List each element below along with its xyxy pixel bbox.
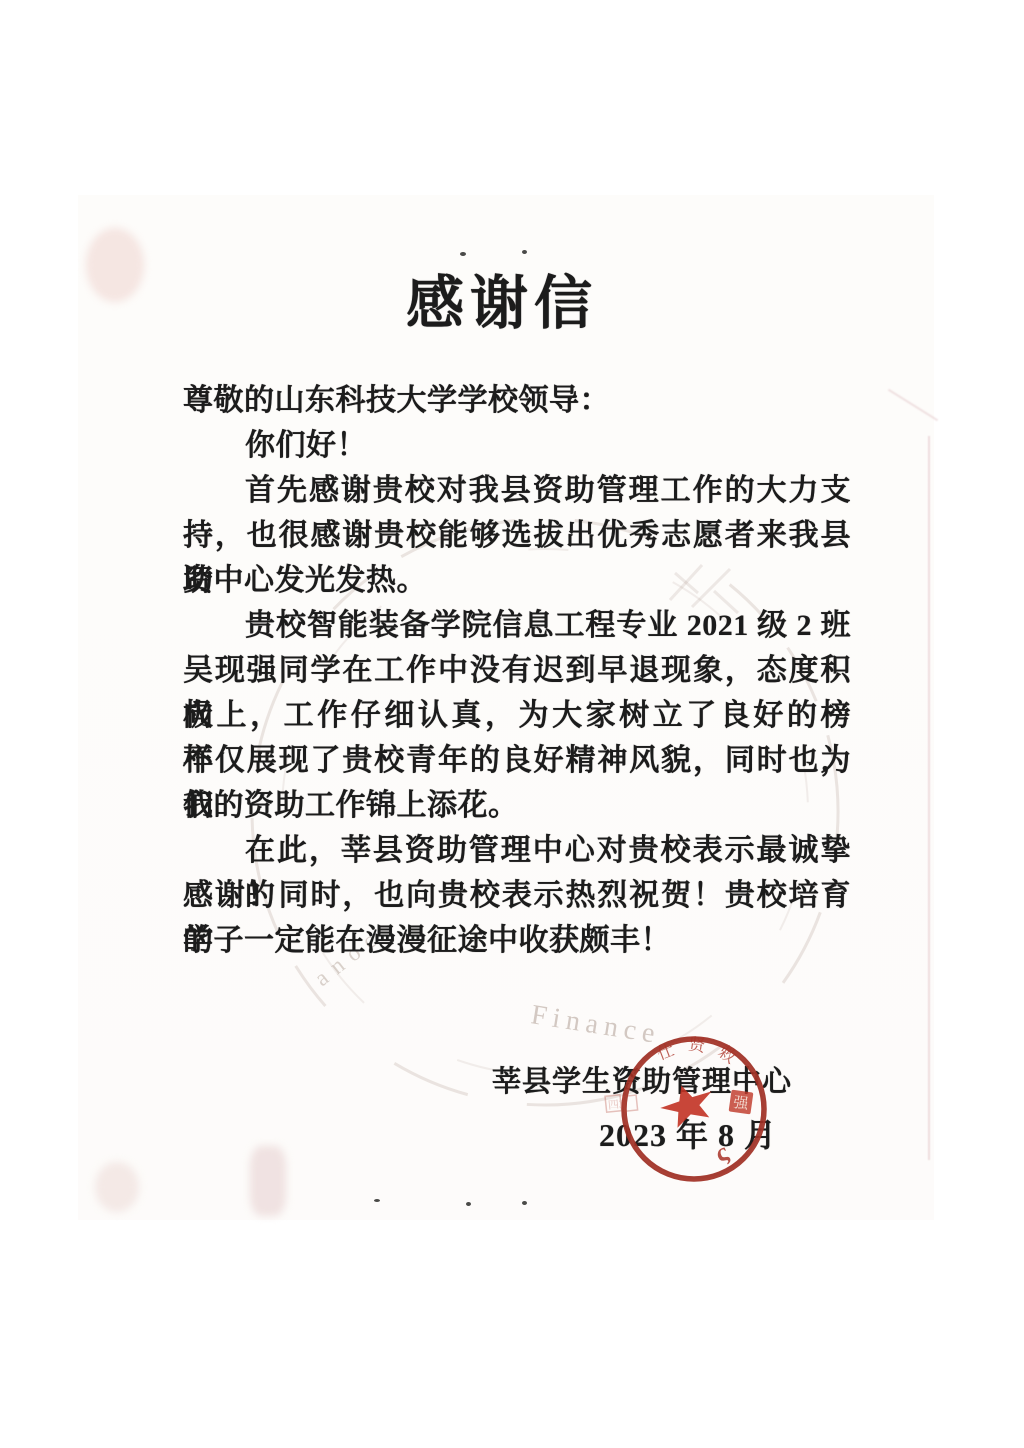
ink-speck [466, 1202, 471, 1206]
letter-line: 尊敬的山东科技大学学校领导： [183, 378, 851, 423]
smudge-bottom-center [250, 1146, 286, 1216]
letter-line: 不仅展现了贵校青年的良好精神风貌，同时也为我 [183, 738, 851, 783]
scanned-letter-page: Finance anoc 感谢信 尊敬的山东科技大学学校领导：你们好！首先感谢贵… [0, 0, 1024, 1448]
letter-line: 贵校智能装备学院信息工程专业 2021 级 2 班 [183, 603, 851, 648]
paper-edge-line [928, 436, 930, 1160]
seal-side-glyphs: 四3 [605, 1093, 638, 1113]
pink-blotch-top-left [86, 228, 144, 302]
ink-speck [374, 1199, 380, 1202]
letter-line: 感谢！同时，也向贵校表示热烈祝贺！贵校培育的 [183, 873, 851, 918]
letter-line: 们的资助工作锦上添花。 [183, 783, 851, 828]
letter-body: 尊敬的山东科技大学学校领导：你们好！首先感谢贵校对我县资助管理工作的大力支持，也… [183, 378, 855, 963]
letter-title: 感谢信 [406, 256, 598, 340]
letter-line: 在此，莘县资助管理中心对贵校表示最诚挚的 [183, 828, 851, 873]
letter-line: 吴现强同学在工作中没有迟到早退现象，态度积极 [183, 648, 851, 693]
seal-star-icon [656, 1077, 719, 1131]
letter-line: 学子一定能在漫漫征途中收获颇丰！ [183, 918, 851, 963]
ink-speck [522, 250, 527, 254]
ink-speck [460, 252, 466, 256]
letter-line: 助中心发光发热。 [183, 558, 851, 603]
letter-line: 向上，工作仔细认真，为大家树立了良好的榜样， [183, 693, 851, 738]
seal-bottom-glyph: ς [710, 1137, 733, 1168]
letter-line: 你们好！ [183, 423, 851, 468]
seal-arc-glyphs: 仕贤敕 [654, 1035, 749, 1075]
official-seal-stamp: 仕贤敕 强 ς 四3 [588, 1003, 820, 1233]
letter-line: 持，也很感谢贵校能够选拔出优秀志愿者来我县资 [183, 513, 851, 558]
smudge-bottom-left [95, 1162, 139, 1212]
seal-box-glyph: 强 [729, 1090, 754, 1115]
svg-text:四3: 四3 [607, 1097, 625, 1112]
ink-speck [522, 1201, 527, 1205]
letter-line: 首先感谢贵校对我县资助管理工作的大力支 [183, 468, 851, 513]
